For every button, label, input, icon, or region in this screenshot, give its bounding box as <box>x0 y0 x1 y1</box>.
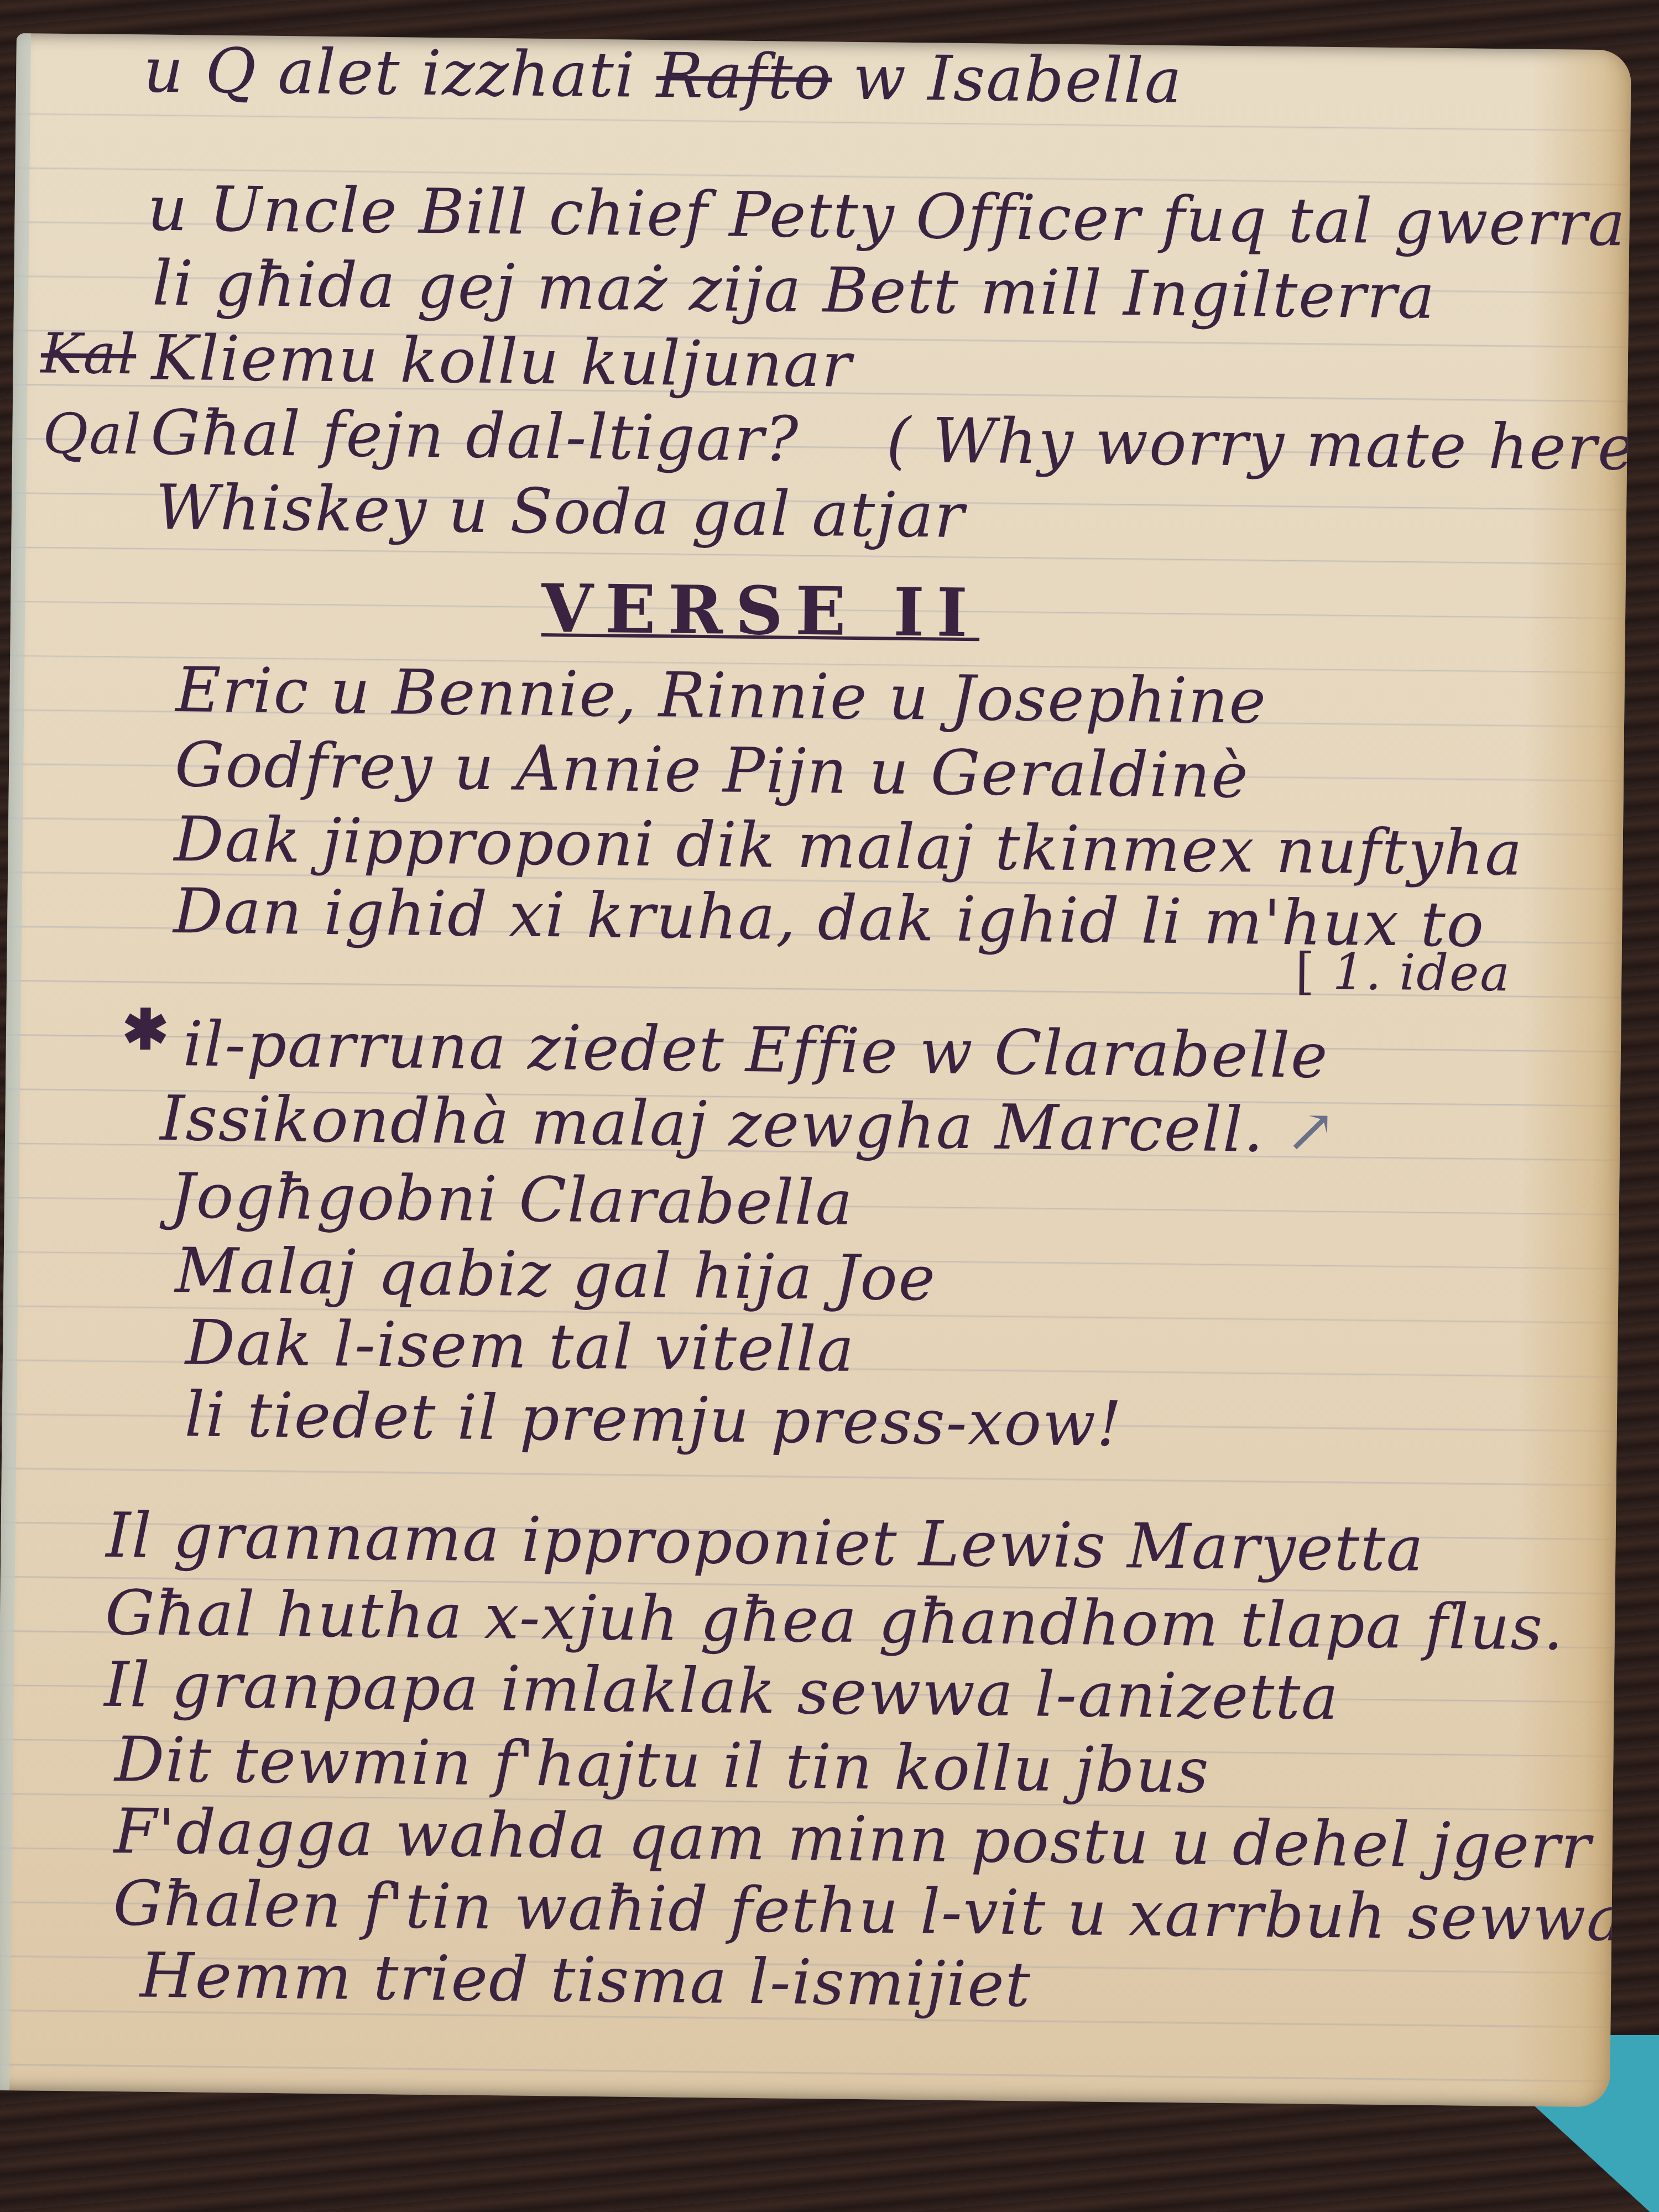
verse2-s3-line-1: Il grannama ipproponiet Lewis Maryetta <box>106 1500 1425 1585</box>
line-text-rest: w Isabella <box>853 42 1183 117</box>
line-text: Għal fejn dal-ltigar? <box>150 397 800 476</box>
verse2-s2-line-6: li tiedet il premju press-xow! <box>184 1379 1123 1460</box>
verse1-line-5: Għal fejn dal-ltigar? ( Why worry mate h… <box>150 397 1631 486</box>
verse2-s3-line-3: Il granpapa imlaklak sewwa l-anizetta <box>104 1649 1339 1734</box>
verse2-s2-line-5: Dak l-isem tal vitella <box>185 1307 855 1386</box>
struck-word: Rafto <box>656 40 832 113</box>
verse2-s2-line-1: il-parruna ziedet Effie w Clarabelle <box>182 1008 1329 1092</box>
verse2-s1-line-1: Eric u Bennie, Rinnie u Josephine <box>175 654 1267 738</box>
margin-note-struck: Kal <box>40 321 137 387</box>
verse2-s1-note: [ 1. idea <box>1295 942 1511 1003</box>
verse2-s1-line-2: Godfrey u Annie Pijn u Geraldinè <box>174 729 1249 812</box>
verse1-line-2: u Uncle Bill chief Petty Officer fuq tal… <box>147 173 1626 260</box>
notebook-page: u Q alet izzhati Rafto Joey w Isabella u… <box>0 33 1631 2107</box>
english-aside: ( Why worry mate here? ) <box>886 405 1631 486</box>
margin-note: Qal <box>43 401 143 467</box>
verse2-s3-line-4: Dit tewmin f'hajtu il tin kollu jbus <box>114 1724 1211 1807</box>
bracket-mark: [ <box>1295 942 1316 1000</box>
verse2-s2-line-2: Issikondhà malaj zewgha Marcell. ↗ <box>160 1083 1338 1167</box>
verse2-s2-line-4: Malaj qabiz gal hija Joe <box>175 1235 937 1314</box>
verse1-line-3: li għida gej maż zija Bett mill Ingilter… <box>152 248 1436 333</box>
stanza2-margin-scribble: ✱ <box>122 997 170 1062</box>
line-text: Issikondhà malaj zewgha Marcell. <box>160 1083 1265 1166</box>
verse1-line-1: u Q alet izzhati Rafto Joey w Isabella <box>143 34 1183 117</box>
correction: Rafto Joey <box>656 40 853 114</box>
verse2-s3-line-7: Hemm tried tisma l-ismijiet <box>140 1940 1032 2021</box>
arrow-up-right-icon: ↗ <box>1285 1095 1338 1166</box>
line-text: u Q alet izzhati <box>143 34 637 111</box>
verse1-line-6: Whiskey u Soda gal atjar <box>155 472 966 552</box>
verse-heading: VERSE II <box>541 570 980 652</box>
verse2-s1-line-4: Dan ighid xi kruha, dak ighid li m'hux t… <box>173 875 1485 961</box>
note-text: 1. idea <box>1333 943 1511 1003</box>
verse2-s1-line-3: Dak jipproponi dik malaj tkinmex nuftyha <box>174 804 1524 890</box>
verse2-s2-line-3: Jogħgobni Clarabella <box>170 1160 854 1239</box>
verse1-line-4: Kliemu kollu kuljunar <box>151 322 853 401</box>
